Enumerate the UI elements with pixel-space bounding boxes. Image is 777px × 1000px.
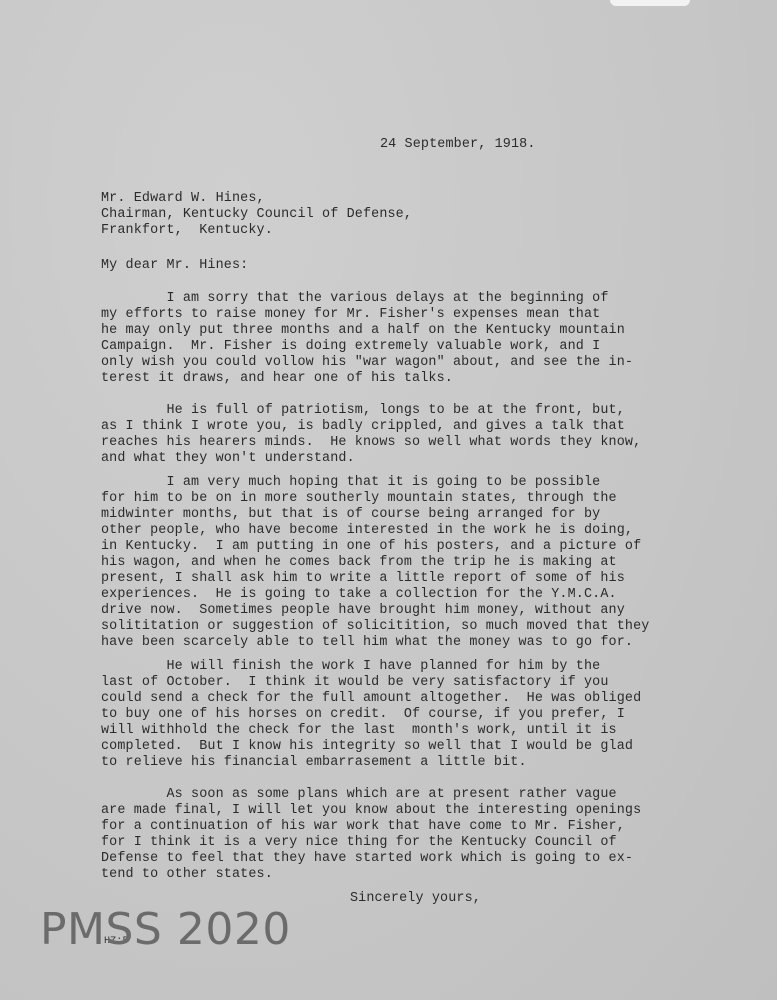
- body-line: terest it draws, and hear one of his tal…: [101, 371, 453, 387]
- body-line: only wish you could vollow his "war wago…: [101, 355, 633, 371]
- body-line: he may only put three months and a half …: [101, 323, 625, 339]
- body-line: midwinter months, but that is of course …: [101, 507, 600, 523]
- body-line: Campaign. Mr. Fisher is doing extremely …: [101, 339, 600, 355]
- body-line: completed. But I know his integrity so w…: [101, 739, 633, 755]
- address-line-3: Frankfort, Kentucky.: [101, 223, 273, 239]
- body-line: drive now. Sometimes people have brought…: [101, 603, 625, 619]
- body-line: Defense to feel that they have started w…: [101, 851, 633, 867]
- body-line: for a continuation of his war work that …: [101, 819, 625, 835]
- body-line: for him to be on in more southerly mount…: [101, 491, 617, 507]
- address-line-2: Chairman, Kentucky Council of Defense,: [101, 207, 412, 223]
- body-line: as I think I wrote you, is badly cripple…: [101, 419, 625, 435]
- torn-paper-edge: [610, 0, 690, 6]
- body-line: reaches his hearers minds. He knows so w…: [101, 435, 641, 451]
- body-line: could send a check for the full amount a…: [101, 691, 641, 707]
- body-line: present, I shall ask him to write a litt…: [101, 571, 625, 587]
- letter-page: 24 September, 1918. Mr. Edward W. Hines,…: [0, 0, 777, 1000]
- body-line: are made final, I will let you know abou…: [101, 803, 641, 819]
- body-line: He will finish the work I have planned f…: [101, 659, 600, 675]
- body-line: to buy one of his horses on credit. Of c…: [101, 707, 625, 723]
- body-line: will withhold the check for the last mon…: [101, 723, 617, 739]
- body-line: I am very much hoping that it is going t…: [101, 475, 600, 491]
- body-line: and what they won't understand.: [101, 451, 355, 467]
- watermark: PMSS 2020: [40, 905, 291, 955]
- body-line: last of October. I think it would be ver…: [101, 675, 609, 691]
- body-line: his wagon, and when he comes back from t…: [101, 555, 617, 571]
- body-line: I am sorry that the various delays at th…: [101, 291, 609, 307]
- body-line: have been scarcely able to tell him what…: [101, 635, 633, 651]
- body-line: to relieve his financial embarrasement a…: [101, 755, 527, 771]
- body-line: tend to other states.: [101, 867, 273, 883]
- address-line-1: Mr. Edward W. Hines,: [101, 191, 265, 207]
- closing: Sincerely yours,: [350, 891, 481, 907]
- body-line: As soon as some plans which are at prese…: [101, 787, 617, 803]
- body-line: for I think it is a very nice thing for …: [101, 835, 617, 851]
- body-line: solititation or suggestion of solicititi…: [101, 619, 649, 635]
- salutation: My dear Mr. Hines:: [101, 258, 248, 274]
- body-line: my efforts to raise money for Mr. Fisher…: [101, 307, 600, 323]
- letter-date: 24 September, 1918.: [380, 137, 536, 153]
- body-line: other people, who have become interested…: [101, 523, 633, 539]
- body-line: He is full of patriotism, longs to be at…: [101, 403, 625, 419]
- body-line: experiences. He is going to take a colle…: [101, 587, 617, 603]
- body-line: in Kentucky. I am putting in one of his …: [101, 539, 641, 555]
